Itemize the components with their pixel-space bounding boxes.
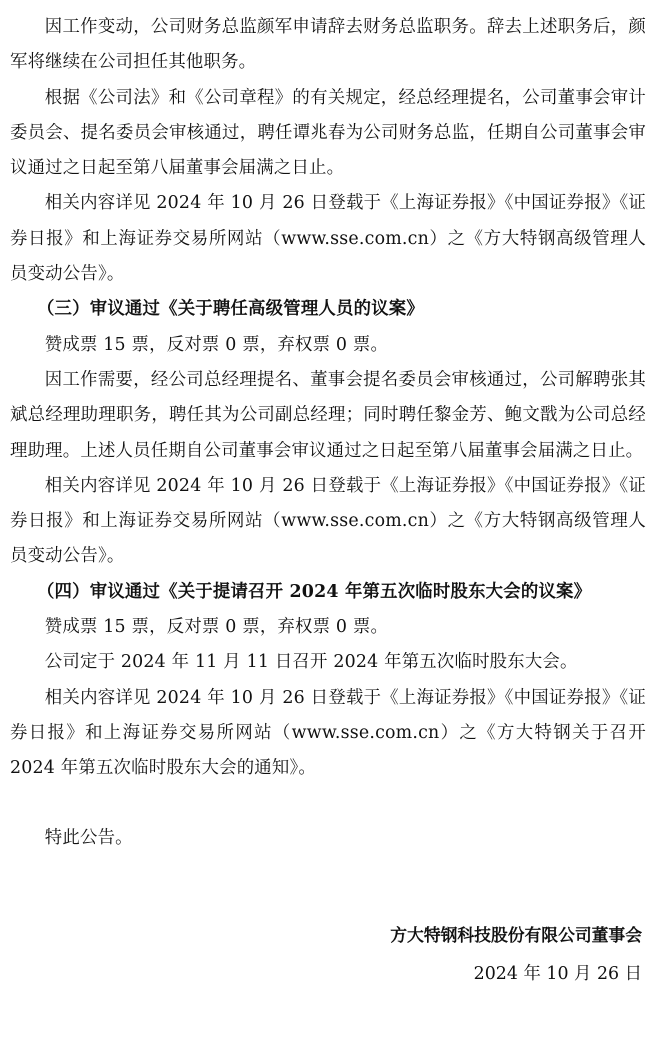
paragraph-executive-appointment: 因工作需要，经公司总经理提名、董事会提名委员会审核通过，公司解聘张其斌总经理助理…	[10, 363, 646, 469]
paragraph-meeting-date: 公司定于 2024 年 11 月 11 日召开 2024 年第五次临时股东大会。	[10, 645, 646, 680]
paragraph-reference-3: 相关内容详见 2024 年 10 月 26 日登载于《上海证券报》《中国证券报》…	[10, 681, 646, 787]
paragraph-cfo-appointment: 根据《公司法》和《公司章程》的有关规定，经总经理提名，公司董事会审计委员会、提名…	[10, 81, 646, 187]
announcement-page: 因工作变动，公司财务总监颜军申请辞去财务总监职务。辞去上述职务后，颜军将继续在公…	[0, 0, 660, 992]
spacer	[10, 856, 646, 918]
paragraph-resignation: 因工作变动，公司财务总监颜军申请辞去财务总监职务。辞去上述职务后，颜军将继续在公…	[10, 10, 646, 81]
signature-organization: 方大特钢科技股份有限公司董事会	[10, 918, 646, 953]
closing-statement: 特此公告。	[10, 821, 646, 856]
vote-result-3: 赞成票 15 票，反对票 0 票，弃权票 0 票。	[10, 328, 646, 363]
section-heading-3: （三）审议通过《关于聘任高级管理人员的议案》	[10, 292, 646, 327]
paragraph-reference-2: 相关内容详见 2024 年 10 月 26 日登载于《上海证券报》《中国证券报》…	[10, 469, 646, 575]
paragraph-reference-1: 相关内容详见 2024 年 10 月 26 日登载于《上海证券报》《中国证券报》…	[10, 186, 646, 292]
section-heading-4: （四）审议通过《关于提请召开 2024 年第五次临时股东大会的议案》	[10, 575, 646, 610]
signature-date: 2024 年 10 月 26 日	[10, 957, 646, 992]
spacer	[10, 787, 646, 821]
vote-result-4: 赞成票 15 票，反对票 0 票，弃权票 0 票。	[10, 610, 646, 645]
